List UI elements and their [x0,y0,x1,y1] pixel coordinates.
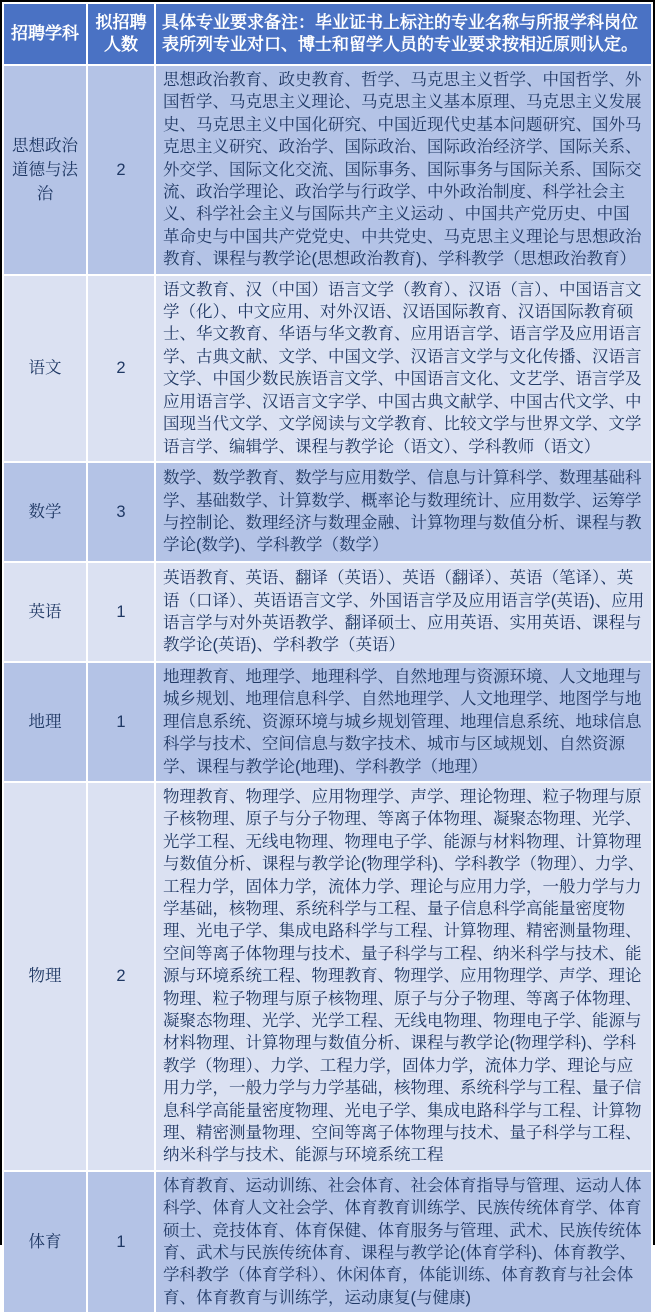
majors-cell: 地理教育、地理学、地理科学、自然地理与资源环境、人文地理与城乡规划、地理信息科学… [155,662,652,782]
table-row: 物理 2 物理教育、物理学、应用物理学、声学、理论物理、粒子物理与原子核物理、原… [3,782,652,1171]
subject-cell: 数学 [3,462,87,562]
subject-cell: 地理 [3,662,87,782]
recruitment-table: 招聘学科 拟招聘人数 具体专业要求备注：毕业证书上标注的专业名称与所报学科岗位表… [2,2,653,1314]
subject-cell: 思想政治道德与法治 [3,65,87,275]
subject-cell: 物理 [3,782,87,1171]
recruitment-table-document: 招聘学科 拟招聘人数 具体专业要求备注：毕业证书上标注的专业名称与所报学科岗位表… [0,0,655,1245]
header-note: 具体专业要求备注：毕业证书上标注的专业名称与所报学科岗位表所列专业对口、博士和留… [155,3,652,65]
count-cell: 2 [87,782,155,1171]
header-count: 拟招聘人数 [87,3,155,65]
subject-cell: 语文 [3,275,87,462]
header-row: 招聘学科 拟招聘人数 具体专业要求备注：毕业证书上标注的专业名称与所报学科岗位表… [3,3,652,65]
count-cell: 3 [87,462,155,562]
count-cell: 1 [87,662,155,782]
majors-cell: 语文教育、汉（中国）语言文学（教育）、汉语（言）、中国语言文学（化）、中文应用、… [155,275,652,462]
subject-cell: 体育 [3,1171,87,1313]
table-row: 地理 1 地理教育、地理学、地理科学、自然地理与资源环境、人文地理与城乡规划、地… [3,662,652,782]
majors-cell: 英语教育、英语、翻译（英语）、英语（翻译）、英语（笔译）、英语（口译）、英语语言… [155,562,652,662]
count-cell: 2 [87,65,155,275]
table-row: 思想政治道德与法治 2 思想政治教育、政史教育、哲学、马克思主义哲学、中国哲学、… [3,65,652,275]
table-row: 体育 1 体育教育、运动训练、社会体育、社会体育指导与管理、运动人体科学、体育人… [3,1171,652,1313]
majors-cell: 体育教育、运动训练、社会体育、社会体育指导与管理、运动人体科学、体育人文社会学、… [155,1171,652,1313]
count-cell: 1 [87,562,155,662]
count-cell: 1 [87,1171,155,1313]
table-row: 英语 1 英语教育、英语、翻译（英语）、英语（翻译）、英语（笔译）、英语（口译）… [3,562,652,662]
majors-cell: 物理教育、物理学、应用物理学、声学、理论物理、粒子物理与原子核物理、原子与分子物… [155,782,652,1171]
majors-cell: 数学、数学教育、数学与应用数学、信息与计算科学、数理基础科学、基础数学、计算数学… [155,462,652,562]
table-body: 思想政治道德与法治 2 思想政治教育、政史教育、哲学、马克思主义哲学、中国哲学、… [3,65,652,1313]
subject-cell: 英语 [3,562,87,662]
table-row: 语文 2 语文教育、汉（中国）语言文学（教育）、汉语（言）、中国语言文学（化）、… [3,275,652,462]
header-subject: 招聘学科 [3,3,87,65]
table-header: 招聘学科 拟招聘人数 具体专业要求备注：毕业证书上标注的专业名称与所报学科岗位表… [3,3,652,65]
count-cell: 2 [87,275,155,462]
table-row: 数学 3 数学、数学教育、数学与应用数学、信息与计算科学、数理基础科学、基础数学… [3,462,652,562]
majors-cell: 思想政治教育、政史教育、哲学、马克思主义哲学、中国哲学、外国哲学、马克思主义理论… [155,65,652,275]
